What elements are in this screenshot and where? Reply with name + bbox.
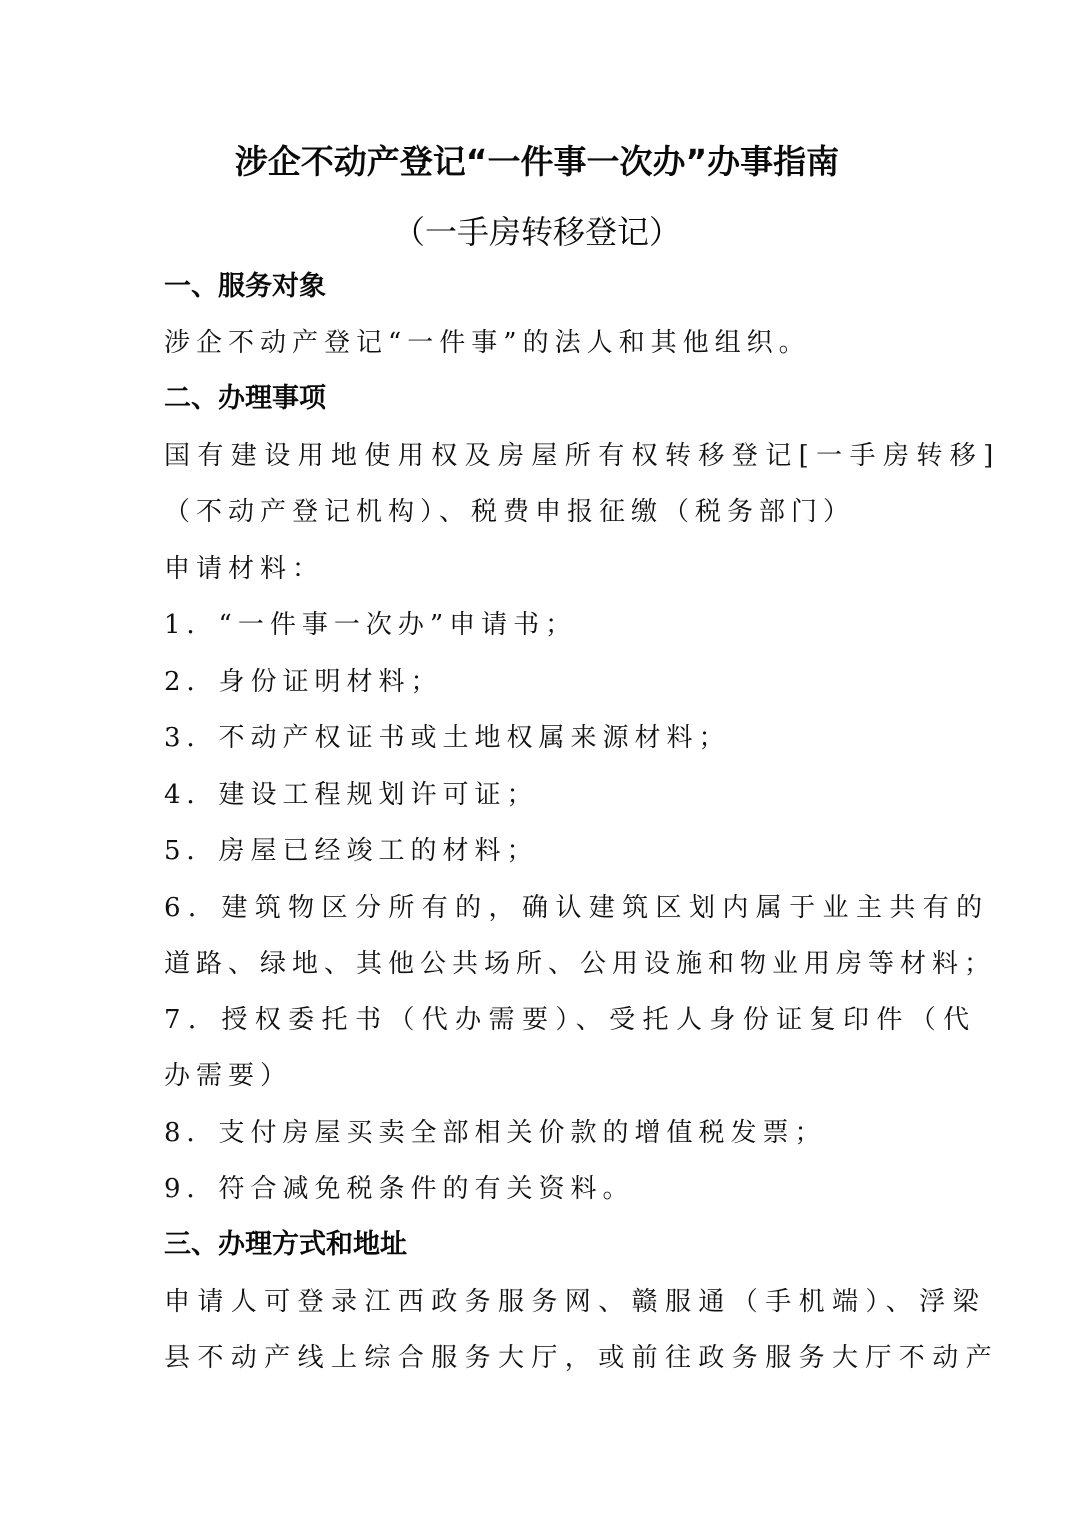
- material-item-8: 8．支付房屋买卖全部相关价款的增值税发票；: [164, 1116, 914, 1150]
- paragraph-matters-line-2: （不动产登记机构）、税费申报征缴（税务部门）: [164, 495, 914, 529]
- document-page: 涉企不动产登记“一件事一次办”办事指南 （一手房转移登记） 一、服务对象 涉企不…: [0, 0, 1074, 1520]
- section-heading-matters: 二、办理事项: [164, 382, 326, 416]
- material-item-1: 1．“一件事一次办”申请书；: [164, 608, 914, 642]
- document-subtitle: （一手房转移登记）: [0, 212, 1074, 252]
- document-title: 涉企不动产登记“一件事一次办”办事指南: [0, 142, 1074, 182]
- paragraph-method-line-2: 县不动产线上综合服务大厅，或前往政务服务大厅不动产: [164, 1341, 914, 1375]
- paragraph-matters-line-1: 国有建设用地使用权及房屋所有权转移登记[一手房转移]: [164, 439, 914, 473]
- material-item-6-line-1: 6．建筑物区分所有的，确认建筑区划内属于业主共有的: [164, 891, 914, 925]
- material-item-9: 9．符合减免税条件的有关资料。: [164, 1172, 914, 1206]
- material-item-7-line-2: 办需要）: [164, 1059, 914, 1093]
- section-heading-method-address: 三、办理方式和地址: [164, 1228, 407, 1262]
- material-item-5: 5．房屋已经竣工的材料；: [164, 834, 914, 868]
- section-heading-service-target: 一、服务对象: [164, 270, 326, 304]
- paragraph-service-target: 涉企不动产登记“一件事”的法人和其他组织。: [164, 326, 914, 360]
- material-item-7-line-1: 7．授权委托书（代办需要）、受托人身份证复印件（代: [164, 1003, 914, 1037]
- material-item-4: 4．建设工程规划许可证；: [164, 778, 914, 812]
- material-item-6-line-2: 道路、绿地、其他公共场所、公用设施和物业用房等材料；: [164, 947, 914, 981]
- materials-label: 申请材料：: [164, 552, 914, 586]
- material-item-2: 2．身份证明材料；: [164, 665, 914, 699]
- material-item-3: 3．不动产权证书或土地权属来源材料；: [164, 721, 914, 755]
- paragraph-method-line-1: 申请人可登录江西政务服务网、赣服通（手机端）、浮梁: [164, 1285, 914, 1319]
